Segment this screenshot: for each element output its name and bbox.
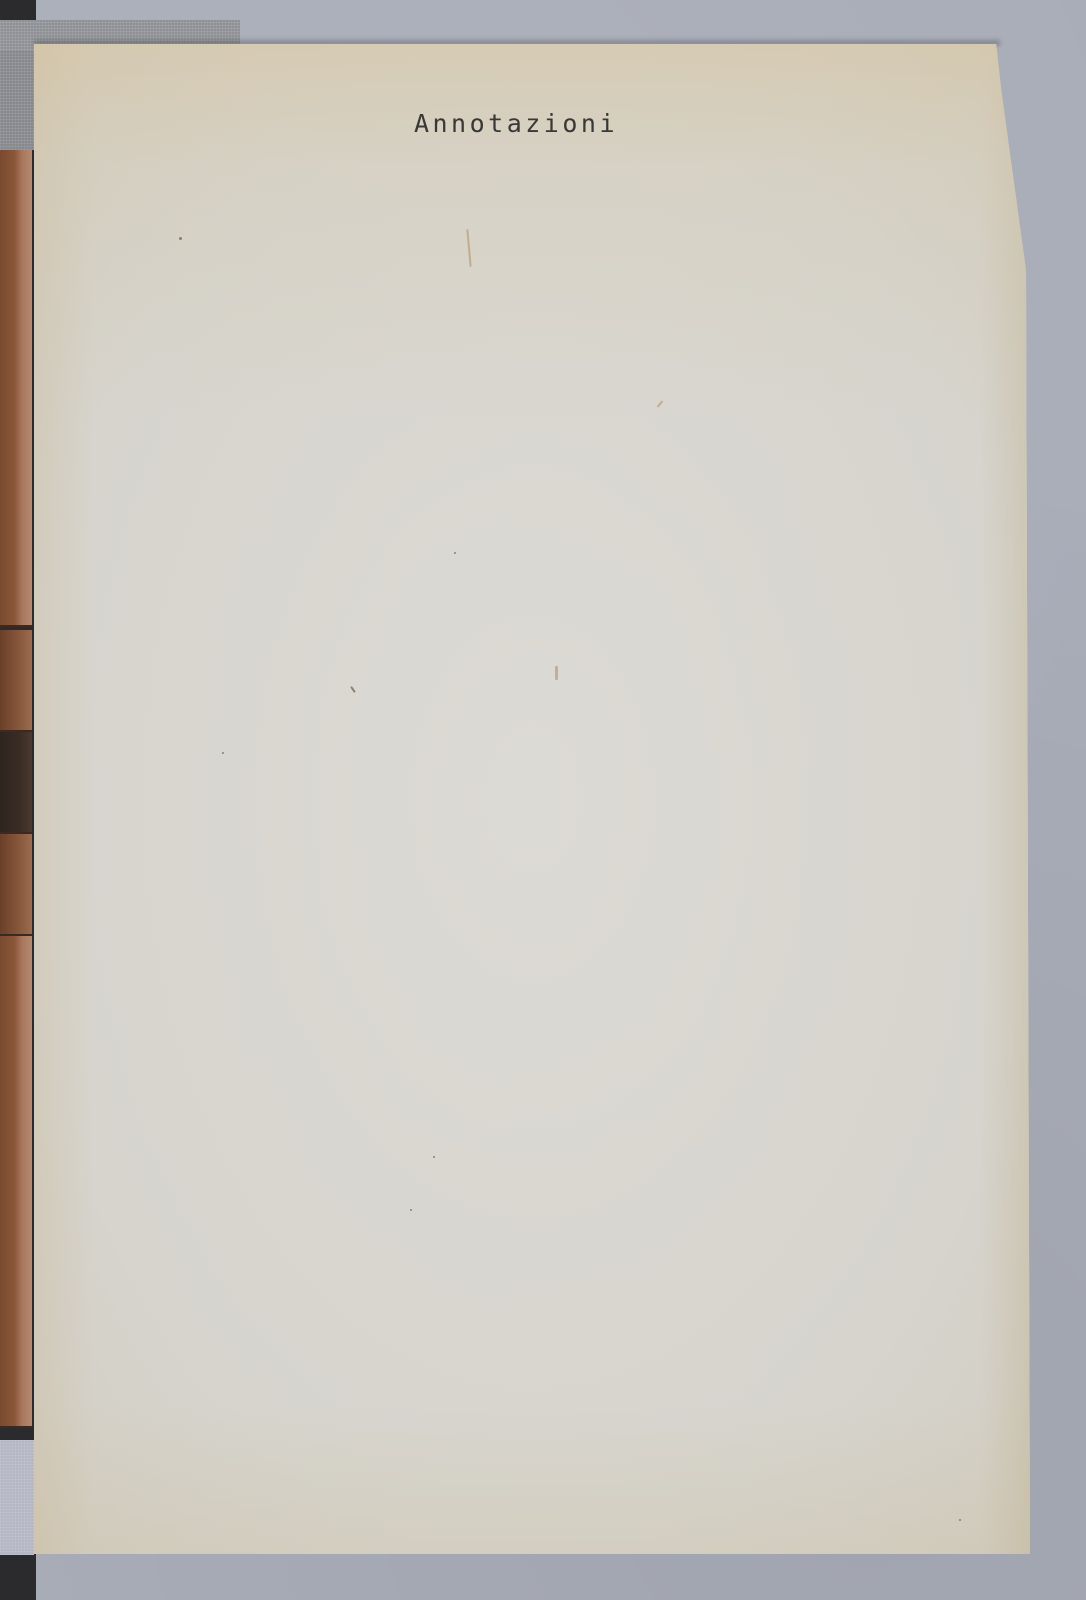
paper-fiber xyxy=(555,666,558,680)
binding-segment xyxy=(0,834,32,936)
paper-speck xyxy=(410,1209,412,1211)
paper-fiber xyxy=(466,229,471,267)
ribbon-bookmark-bottom xyxy=(0,1440,34,1555)
book-binding-edge xyxy=(0,0,34,1600)
document-page xyxy=(34,44,1030,1554)
paper-fiber xyxy=(657,400,664,407)
paper-speck xyxy=(222,752,224,754)
paper-fiber xyxy=(996,1586,1006,1593)
binding-segment xyxy=(0,732,32,834)
binding-segment xyxy=(0,145,32,627)
page-title: Annotazioni xyxy=(0,109,1066,138)
paper-speck xyxy=(959,1519,961,1521)
binding-segment xyxy=(0,630,32,732)
paper-speck xyxy=(454,552,456,554)
paper-speck xyxy=(433,1156,435,1158)
paper-speck xyxy=(350,686,356,693)
paper-speck xyxy=(179,237,182,240)
binding-segment xyxy=(0,936,32,1428)
